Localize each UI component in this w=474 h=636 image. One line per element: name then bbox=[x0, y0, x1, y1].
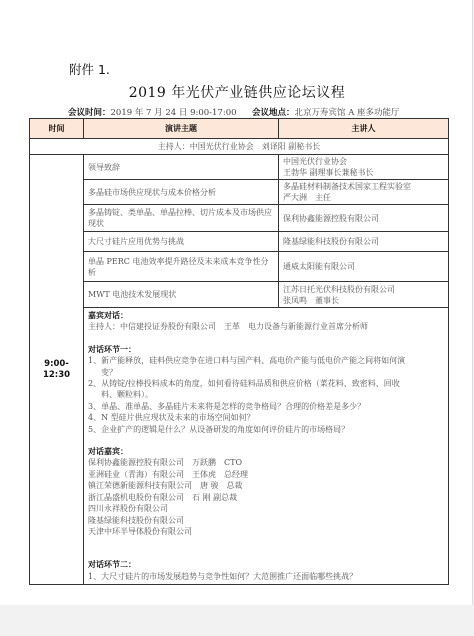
header-time: 时间 bbox=[30, 119, 84, 139]
document-title: 2019 年光伏产业链供应论坛议程 bbox=[0, 82, 472, 102]
dialogue-cell: 嘉宾对话： 主持人：中信建投证券股份有限公司 王革 电力设备与新能源行业首席分析… bbox=[84, 308, 449, 585]
speaker-name: 王勃华 副理事长兼秘书长 bbox=[283, 167, 444, 178]
topic-cell: 领导致辞 bbox=[84, 155, 279, 180]
table-row: 多晶铸锭、类单晶、单晶拉棒、切片成本及市场供应现状 保利协鑫能源控股有限公司 bbox=[30, 205, 449, 232]
round2-title: 对话环节二： bbox=[88, 559, 444, 570]
speaker-org: 江苏日托光伏科技股份有限公司 bbox=[283, 284, 444, 295]
dialogue-host: 主持人：中信建投证券股份有限公司 王革 电力设备与新能源行业首席分析师 bbox=[88, 321, 444, 332]
page-edge bbox=[472, 0, 473, 605]
dialogue-title: 嘉宾对话： bbox=[88, 310, 444, 321]
round1-question-2-cont: 料、颗粒料）。 bbox=[88, 389, 444, 400]
header-speaker: 主讲人 bbox=[279, 119, 449, 139]
table-row: 单晶 PERC 电池效率提升路径及未来成本竞争性分析 通威太阳能有限公司 bbox=[30, 252, 449, 282]
guest-item: 保利协鑫能源控股有限公司 万跃鹏 CTO bbox=[88, 457, 444, 468]
round1-question-4: 4、N 型硅片供应现状及未来的市场空间如何？ bbox=[88, 412, 444, 423]
speaker-cell: 隆基绿能科技股份有限公司 bbox=[279, 232, 449, 252]
speaker-cell: 保利协鑫能源控股有限公司 bbox=[279, 205, 449, 232]
guests-title: 对话嘉宾： bbox=[88, 446, 444, 457]
round1-question-1-cont: 变？ bbox=[88, 367, 444, 378]
speaker-cell: 通威太阳能有限公司 bbox=[279, 252, 449, 282]
topic-cell: 多晶硅市场供应现状与成本价格分析 bbox=[84, 180, 279, 205]
table-row: MWT 电池技术发展现状 江苏日托光伏科技股份有限公司张凤鸣 董事长 bbox=[30, 282, 449, 308]
round1-question-5: 5、企业扩产的逻辑是什么？从设备研发的角度如何评价硅片的市场格局？ bbox=[88, 424, 444, 435]
agenda-table: 时间 演讲主题 主讲人 主持人：中国光伏行业协会 刘译阳 副秘书长 9:00-1… bbox=[29, 118, 449, 585]
header-topic: 演讲主题 bbox=[84, 119, 279, 139]
meeting-time-label: 会议时间： bbox=[68, 108, 111, 118]
time-slot: 9:00-12:30 bbox=[30, 155, 84, 585]
topic-cell: 大尺寸硅片应用优势与挑战 bbox=[84, 232, 279, 252]
guest-item: 四川永祥股份有限公司 bbox=[88, 503, 444, 514]
speaker-name: 严大洲 主任 bbox=[283, 192, 444, 203]
host-cell: 主持人：中国光伏行业协会 刘译阳 副秘书长 bbox=[30, 139, 449, 155]
guest-item: 镇江荣德新能源科技有限公司 唐 骏 总裁 bbox=[88, 480, 444, 491]
speaker-name: 张凤鸣 董事长 bbox=[283, 295, 444, 306]
attachment-label: 附件 1. bbox=[69, 60, 110, 78]
table-row: 多晶硅市场供应现状与成本价格分析 多晶硅材料制备技术国家工程实验室严大洲 主任 bbox=[30, 180, 449, 205]
guest-item: 亚洲硅业（青海）有限公司 王体虎 总经理 bbox=[88, 469, 444, 480]
speaker-org: 中国光伏行业协会 bbox=[283, 156, 444, 167]
meeting-place: 会议地点：北京万寿宾馆 A 座多功能厅 bbox=[252, 106, 400, 118]
meeting-time: 会议时间：2019 年 7 月 24 日 9:00-17:00 bbox=[68, 106, 237, 118]
speaker-cell: 多晶硅材料制备技术国家工程实验室严大洲 主任 bbox=[279, 180, 449, 205]
topic-cell: 多晶铸锭、类单晶、单晶拉棒、切片成本及市场供应现状 bbox=[84, 205, 279, 232]
table-header-row: 时间 演讲主题 主讲人 bbox=[30, 119, 449, 139]
meeting-time-value: 2019 年 7 月 24 日 9:00-17:00 bbox=[111, 108, 237, 118]
round1-title: 对话环节一： bbox=[88, 344, 444, 355]
dialogue-row: 嘉宾对话： 主持人：中信建投证券股份有限公司 王革 电力设备与新能源行业首席分析… bbox=[30, 308, 449, 585]
round1-question-2: 2、从铸锭/拉棒投料成本的角度，如何看待硅料品质和供应价格（菜花料、致密料、回收 bbox=[88, 378, 444, 389]
topic-cell: 单晶 PERC 电池效率提升路径及未来成本竞争性分析 bbox=[84, 252, 279, 282]
table-row: 大尺寸硅片应用优势与挑战 隆基绿能科技股份有限公司 bbox=[30, 232, 449, 252]
guest-item: 天津中环半导体股份有限公司 bbox=[88, 526, 444, 537]
round1-question-1: 1、新产能释放，硅料供应竞争在进口料与国产料、高电价产能与低电价产能之间将如何演 bbox=[88, 355, 444, 366]
document-page: 附件 1. 2019 年光伏产业链供应论坛议程 会议时间：2019 年 7 月 … bbox=[0, 0, 472, 605]
host-row: 主持人：中国光伏行业协会 刘译阳 副秘书长 bbox=[30, 139, 449, 155]
meeting-place-label: 会议地点： bbox=[252, 108, 295, 118]
round1-question-3: 3、单晶、准单晶、多晶硅片未来将是怎样的竞争格局？合理的价格差是多少？ bbox=[88, 401, 444, 412]
meeting-place-value: 北京万寿宾馆 A 座多功能厅 bbox=[295, 108, 400, 118]
speaker-cell: 江苏日托光伏科技股份有限公司张凤鸣 董事长 bbox=[279, 282, 449, 308]
guest-item: 浙江晶盛机电股份有限公司 石 刚 副总裁 bbox=[88, 492, 444, 503]
round2-question-1: 1、大尺寸硅片的市场发展趋势与竞争性如何？大范围推广还面临哪些挑战？ bbox=[88, 571, 444, 582]
topic-cell: MWT 电池技术发展现状 bbox=[84, 282, 279, 308]
guest-item: 隆基绿能科技股份有限公司 bbox=[88, 515, 444, 526]
speaker-org: 多晶硅材料制备技术国家工程实验室 bbox=[283, 181, 444, 192]
table-row: 9:00-12:30 领导致辞 中国光伏行业协会王勃华 副理事长兼秘书长 bbox=[30, 155, 449, 180]
speaker-cell: 中国光伏行业协会王勃华 副理事长兼秘书长 bbox=[279, 155, 449, 180]
